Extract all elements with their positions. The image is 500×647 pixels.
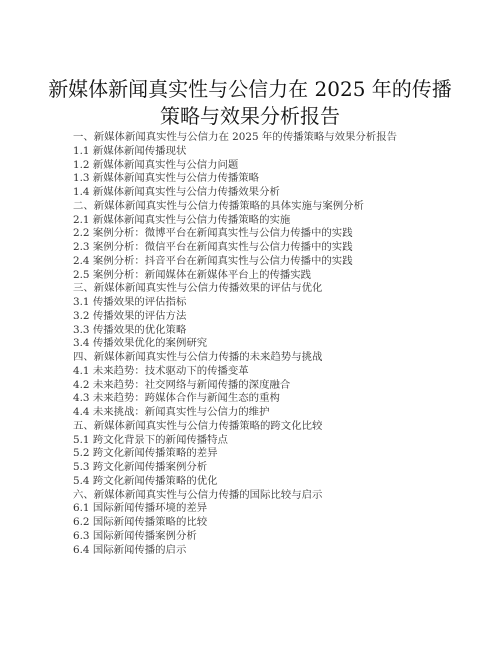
toc-item: 1.4 新媒体新闻真实性与公信力传播效果分析 bbox=[73, 186, 453, 200]
toc-item: 2.5 案例分析：新闻媒体在新媒体平台上的传播实践 bbox=[73, 269, 453, 283]
toc-section-6: 六、新媒体新闻真实性与公信力传播的国际比较与启示 bbox=[73, 489, 453, 503]
toc-item: 1.1 新媒体新闻传播现状 bbox=[73, 145, 453, 159]
toc-item: 1.2 新媒体新闻真实性与公信力问题 bbox=[73, 159, 453, 173]
toc-item: 6.1 国际新闻传播环境的差异 bbox=[73, 502, 453, 516]
toc-item: 1.3 新媒体新闻真实性与公信力传播策略 bbox=[73, 172, 453, 186]
title-line-1: 新媒体新闻真实性与公信力在 2025 年的传播 bbox=[40, 76, 460, 103]
toc-item: 2.1 新媒体新闻真实性与公信力传播策略的实施 bbox=[73, 214, 453, 228]
toc-item: 3.4 传播效果优化的案例研究 bbox=[73, 337, 453, 351]
toc-item: 5.4 跨文化新闻传播策略的优化 bbox=[73, 475, 453, 489]
toc-item: 5.1 跨文化背景下的新闻传播特点 bbox=[73, 434, 453, 448]
toc-section-1: 一、新媒体新闻真实性与公信力在 2025 年的传播策略与效果分析报告 bbox=[73, 131, 453, 145]
document-title: 新媒体新闻真实性与公信力在 2025 年的传播 策略与效果分析报告 bbox=[40, 76, 460, 130]
toc-item: 6.4 国际新闻传播的启示 bbox=[73, 544, 453, 558]
toc-item: 4.1 未来趋势：技术驱动下的传播变革 bbox=[73, 365, 453, 379]
title-line-2: 策略与效果分析报告 bbox=[40, 103, 460, 130]
toc-item: 3.3 传播效果的优化策略 bbox=[73, 324, 453, 338]
toc-item: 6.3 国际新闻传播案例分析 bbox=[73, 530, 453, 544]
toc-section-5: 五、新媒体新闻真实性与公信力传播策略的跨文化比较 bbox=[73, 420, 453, 434]
toc-item: 3.2 传播效果的评估方法 bbox=[73, 310, 453, 324]
toc-item: 3.1 传播效果的评估指标 bbox=[73, 296, 453, 310]
toc-item: 6.2 国际新闻传播策略的比较 bbox=[73, 516, 453, 530]
toc-item: 2.3 案例分析：微信平台在新闻真实性与公信力传播中的实践 bbox=[73, 241, 453, 255]
toc-section-2: 二、新媒体新闻真实性与公信力传播策略的具体实施与案例分析 bbox=[73, 200, 453, 214]
toc-item: 4.4 未来挑战：新闻真实性与公信力的维护 bbox=[73, 406, 453, 420]
toc-item: 4.2 未来趋势：社交网络与新闻传播的深度融合 bbox=[73, 379, 453, 393]
toc-item: 4.3 未来趋势：跨媒体合作与新闻生态的重构 bbox=[73, 392, 453, 406]
table-of-contents: 一、新媒体新闻真实性与公信力在 2025 年的传播策略与效果分析报告 1.1 新… bbox=[73, 131, 453, 557]
toc-section-4: 四、新媒体新闻真实性与公信力传播的未来趋势与挑战 bbox=[73, 351, 453, 365]
toc-item: 2.2 案例分析：微博平台在新闻真实性与公信力传播中的实践 bbox=[73, 227, 453, 241]
document-page: 新媒体新闻真实性与公信力在 2025 年的传播 策略与效果分析报告 一、新媒体新… bbox=[0, 0, 500, 647]
toc-item: 5.2 跨文化新闻传播策略的差异 bbox=[73, 447, 453, 461]
toc-section-3: 三、新媒体新闻真实性与公信力传播效果的评估与优化 bbox=[73, 282, 453, 296]
toc-item: 2.4 案例分析：抖音平台在新闻真实性与公信力传播中的实践 bbox=[73, 255, 453, 269]
toc-item: 5.3 跨文化新闻传播案例分析 bbox=[73, 461, 453, 475]
